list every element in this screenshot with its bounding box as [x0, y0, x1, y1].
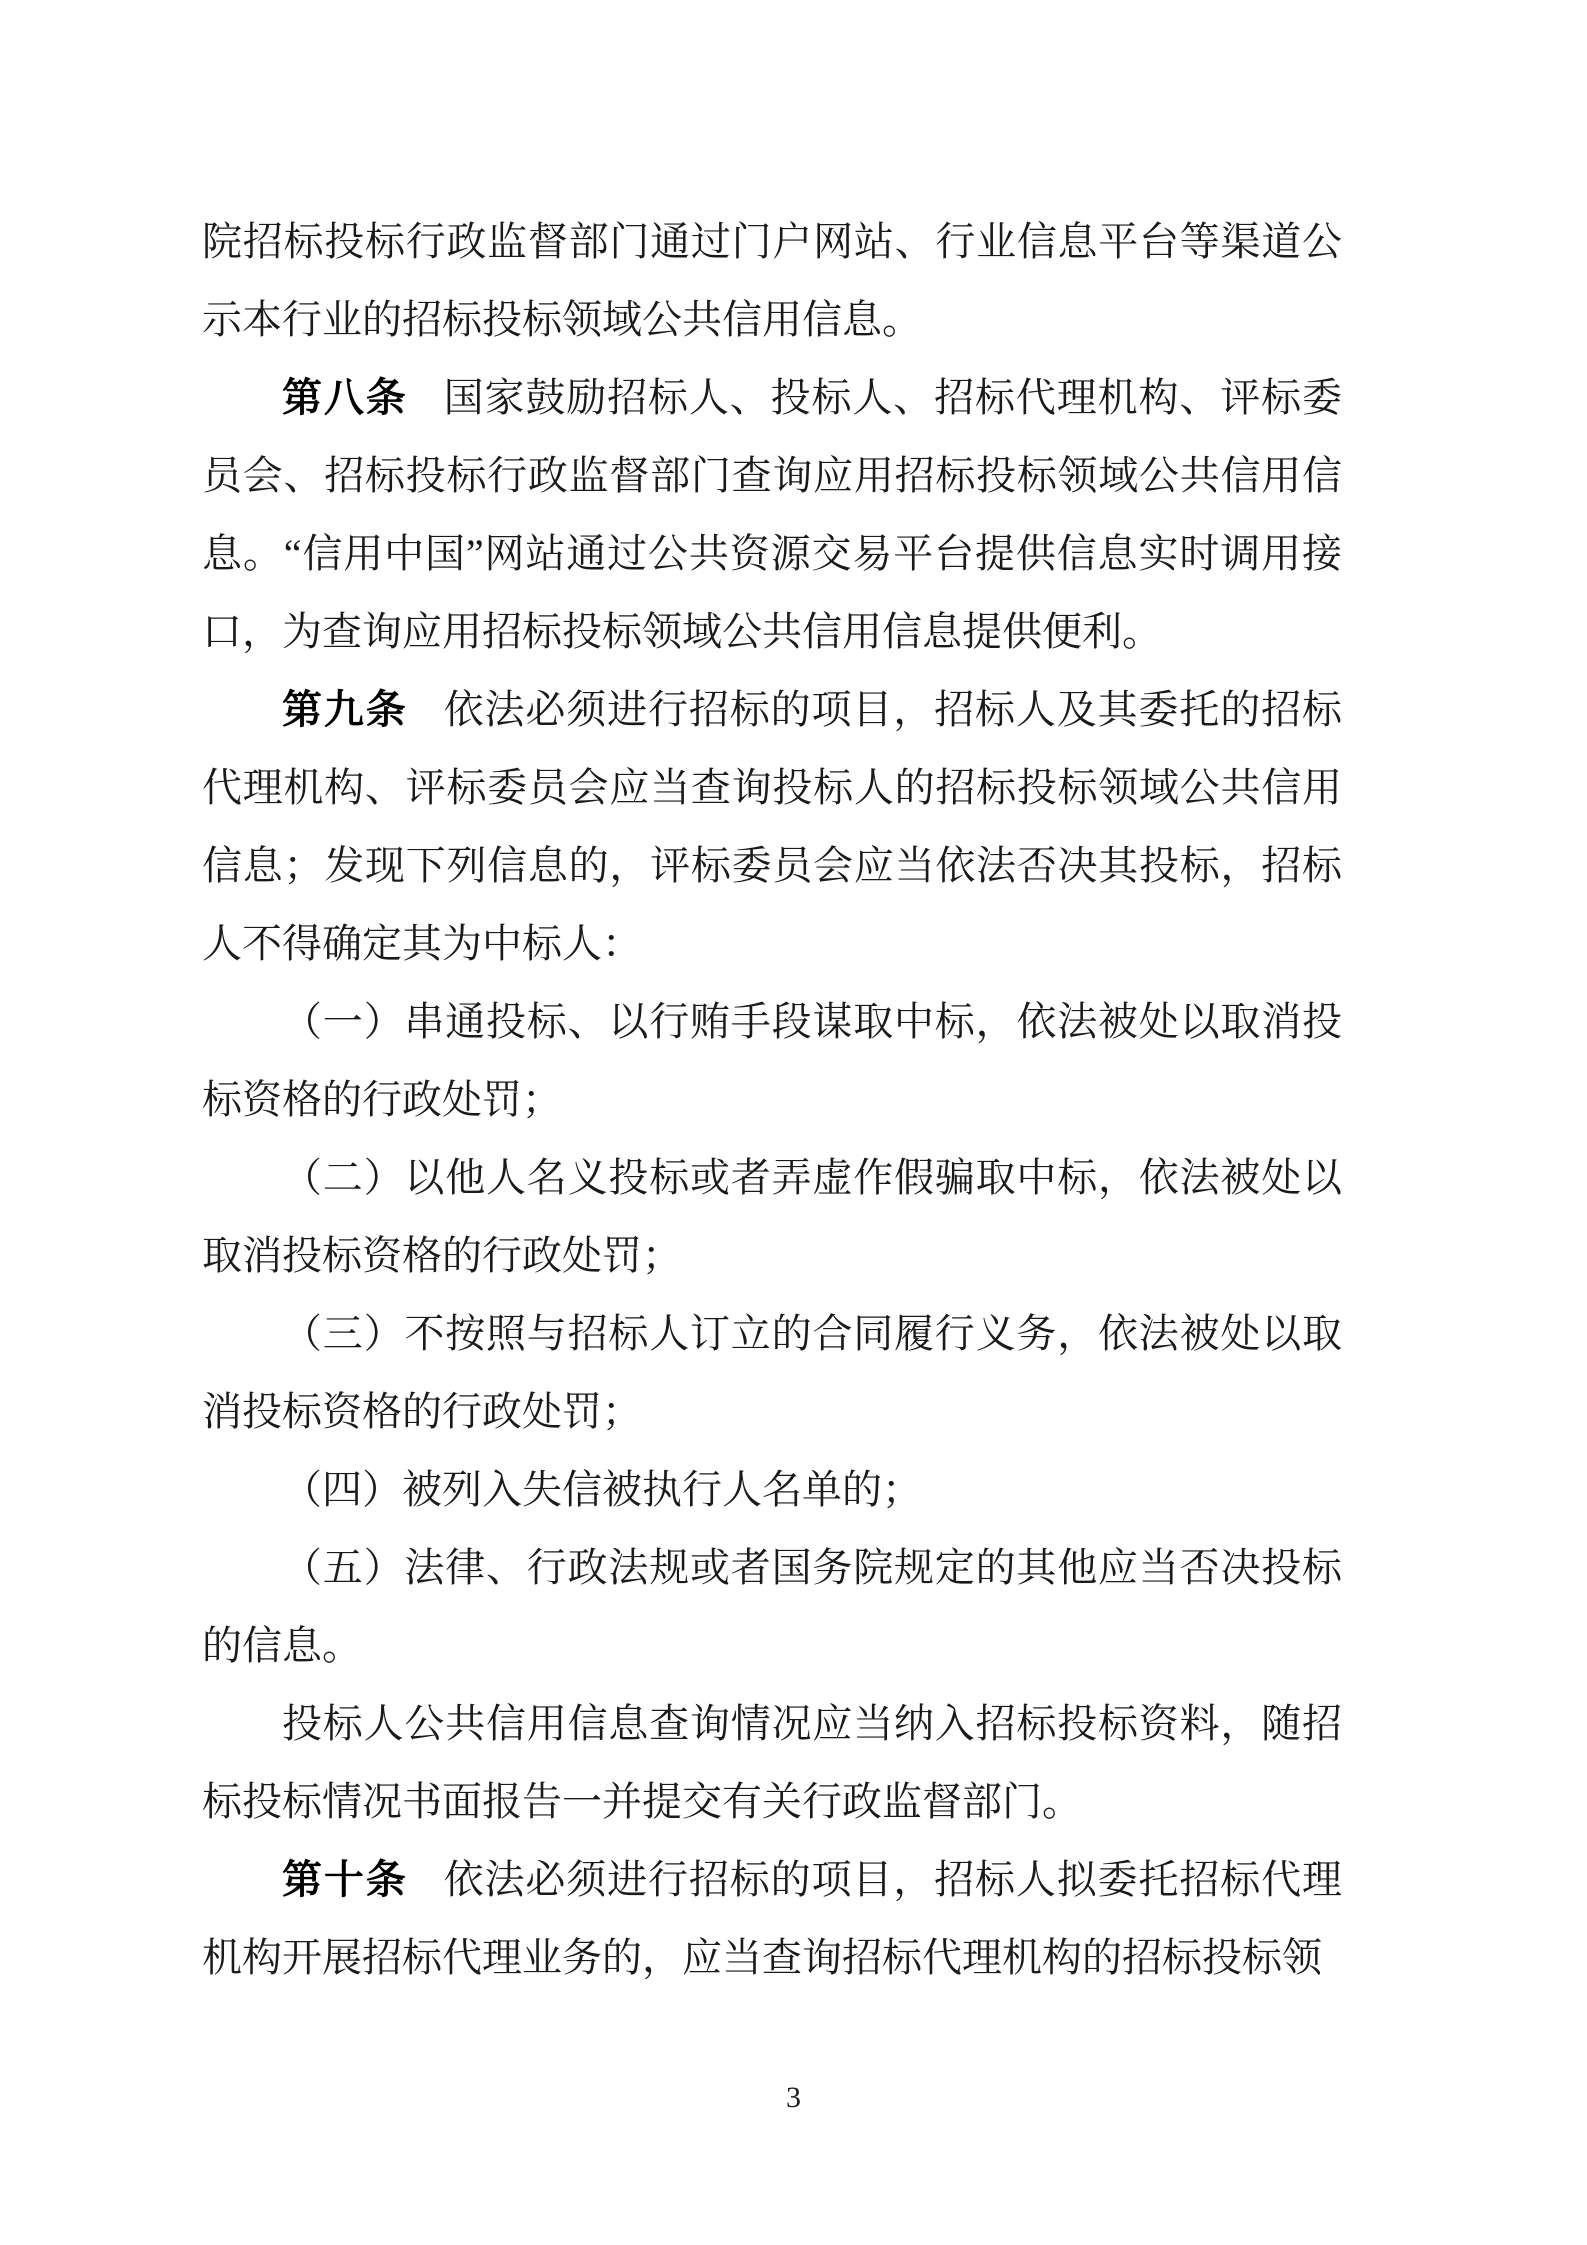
paragraph-article-10: 第十条依法必须进行招标的项目，招标人拟委托招标代理机构开展招标代理业务的，应当查… — [202, 1841, 1342, 1997]
paragraph-text: （四）被列入失信被执行人名单的； — [282, 1467, 922, 1512]
paragraph-item-3: （三）不按照与招标人订立的合同履行义务，依法被处以取消投标资格的行政处罚； — [202, 1295, 1342, 1451]
paragraph-text: （一）串通投标、以行贿手段谋取中标，依法被处以取消投标资格的行政处罚； — [202, 999, 1342, 1122]
paragraph-text: （五）法律、行政法规或者国务院规定的其他应当否决投标的信息。 — [202, 1545, 1342, 1668]
paragraph-article-9: 第九条依法必须进行招标的项目，招标人及其委托的招标代理机构、评标委员会应当查询投… — [202, 671, 1342, 983]
paragraph-text: 院招标投标行政监督部门通过门户网站、行业信息平台等渠道公示本行业的招标投标领域公… — [202, 219, 1342, 342]
article-number-9: 第九条 — [282, 687, 408, 732]
paragraph-article-8: 第八条国家鼓励招标人、投标人、招标代理机构、评标委员会、招标投标行政监督部门查询… — [202, 359, 1342, 671]
paragraph-text: （二）以他人名义投标或者弄虚作假骗取中标，依法被处以取消投标资格的行政处罚； — [202, 1155, 1342, 1278]
page-number: 3 — [0, 2078, 1587, 2118]
document-page: 院招标投标行政监督部门通过门户网站、行业信息平台等渠道公示本行业的招标投标领域公… — [0, 0, 1587, 2245]
paragraph-report-requirement: 投标人公共信用信息查询情况应当纳入招标投标资料，随招标投标情况书面报告一并提交有… — [202, 1685, 1342, 1841]
paragraph-text: 投标人公共信用信息查询情况应当纳入招标投标资料，随招标投标情况书面报告一并提交有… — [202, 1701, 1342, 1824]
document-body: 院招标投标行政监督部门通过门户网站、行业信息平台等渠道公示本行业的招标投标领域公… — [202, 203, 1342, 1997]
paragraph-text: （三）不按照与招标人订立的合同履行义务，依法被处以取消投标资格的行政处罚； — [202, 1311, 1342, 1434]
paragraph-item-4: （四）被列入失信被执行人名单的； — [202, 1451, 1342, 1529]
paragraph-continuation: 院招标投标行政监督部门通过门户网站、行业信息平台等渠道公示本行业的招标投标领域公… — [202, 203, 1342, 359]
article-number-10: 第十条 — [282, 1857, 408, 1902]
paragraph-item-5: （五）法律、行政法规或者国务院规定的其他应当否决投标的信息。 — [202, 1529, 1342, 1685]
paragraph-item-1: （一）串通投标、以行贿手段谋取中标，依法被处以取消投标资格的行政处罚； — [202, 983, 1342, 1139]
paragraph-item-2: （二）以他人名义投标或者弄虚作假骗取中标，依法被处以取消投标资格的行政处罚； — [202, 1139, 1342, 1295]
article-number-8: 第八条 — [282, 375, 408, 420]
